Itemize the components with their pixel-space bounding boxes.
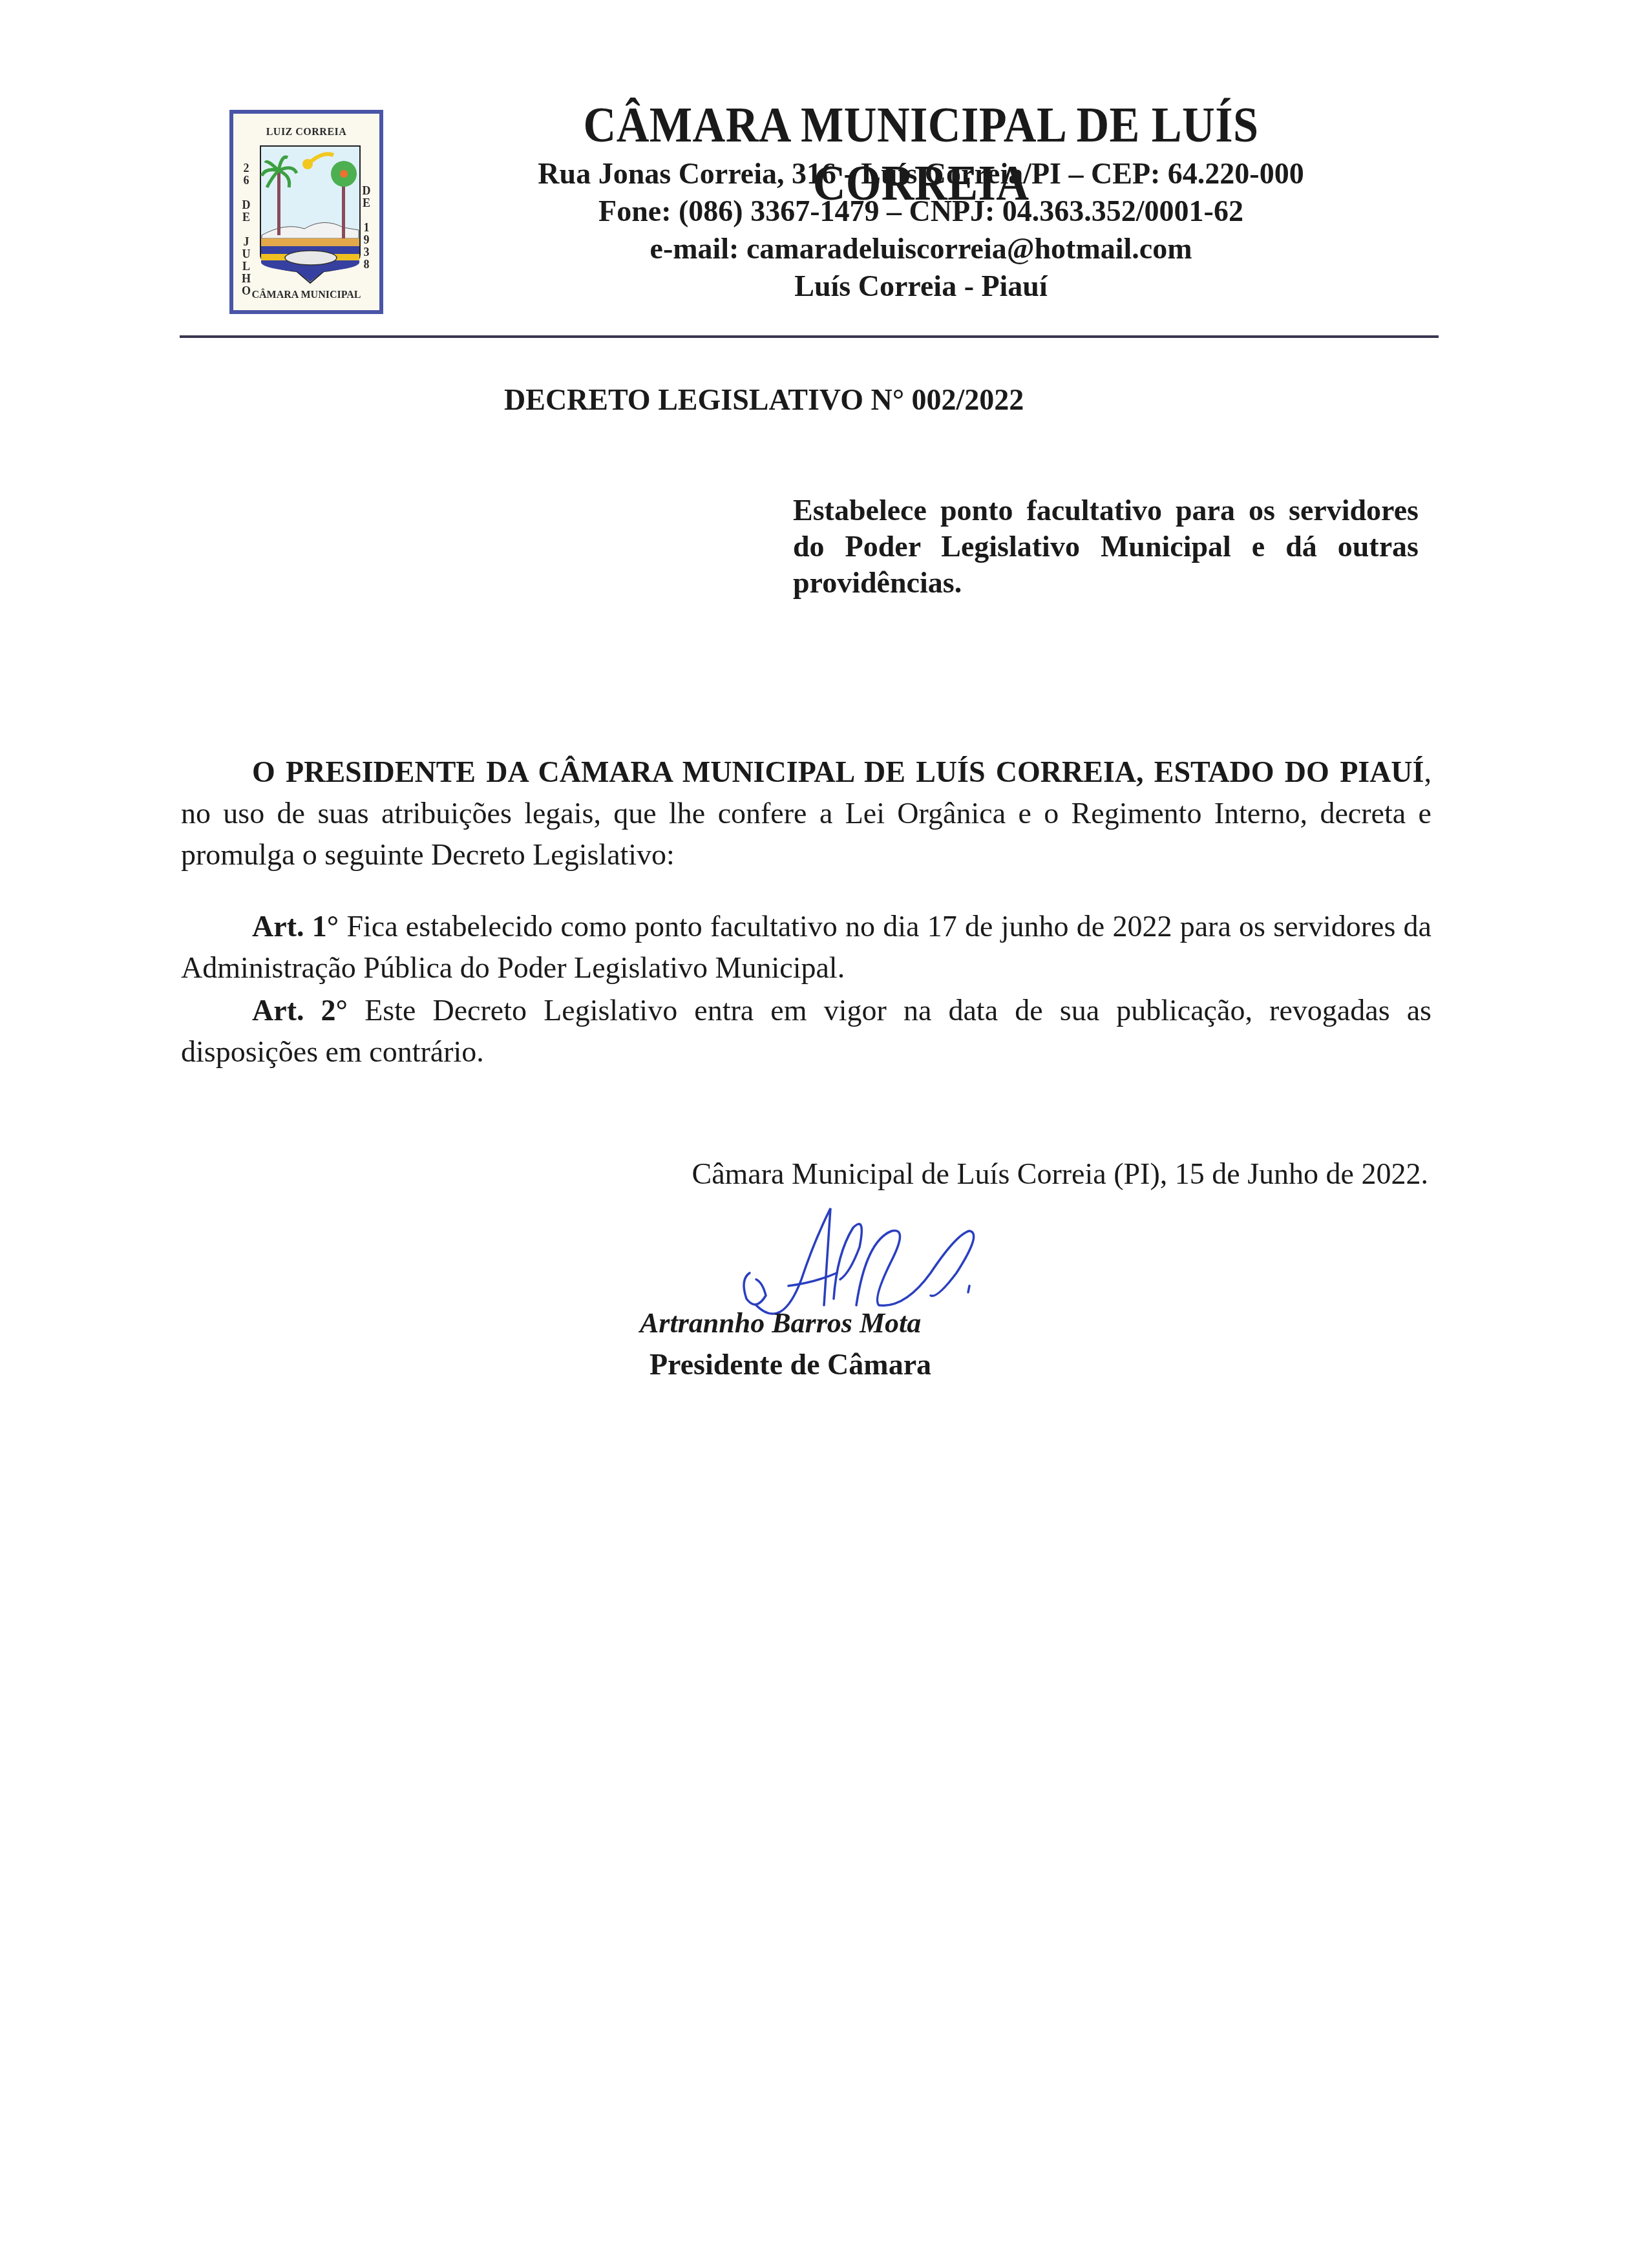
logo-top-label: LUIZ CORREIA (233, 127, 379, 138)
decree-summary: Estabelece ponto facultativo para os ser… (793, 492, 1419, 601)
logo-left-vertical-text: 26DEJULHO (240, 162, 253, 297)
article-2-text: Este Decreto Legislativo entra em vigor … (181, 994, 1431, 1068)
coat-of-arms-logo: LUIZ CORREIA 26DEJULHO DE1938 CÂMARA MUN… (229, 110, 383, 314)
date-line: Câmara Municipal de Luís Correia (PI), 1… (614, 1157, 1428, 1191)
signer-name: Artrannho Barros Mota (640, 1307, 921, 1339)
header-divider (180, 335, 1439, 338)
decree-title: DECRETO LEGISLATIVO N° 002/2022 (504, 383, 1150, 417)
letterhead-address: Rua Jonas Correia, 316 - Luís Correia/PI… (420, 156, 1422, 191)
preamble-paragraph: O PRESIDENTE DA CÂMARA MUNICIPAL DE LUÍS… (181, 751, 1431, 876)
logo-right-vertical-text: DE1938 (360, 185, 373, 271)
letterhead-city: Luís Correia - Piauí (420, 269, 1422, 303)
article-1-text: Fica estabelecido como ponto facultativo… (181, 910, 1431, 984)
preamble-bold: O PRESIDENTE DA CÂMARA MUNICIPAL DE LUÍS… (252, 755, 1424, 788)
letterhead-contact: Fone: (086) 3367-1479 – CNPJ: 04.363.352… (420, 194, 1422, 228)
article-2-label: Art. 2° (252, 994, 348, 1027)
article-2: Art. 2° Este Decreto Legislativo entra e… (181, 990, 1431, 1073)
shield-emblem-icon (259, 145, 361, 287)
logo-bottom-label: CÂMARA MUNICIPAL (233, 289, 379, 301)
letterhead-email: e-mail: camaradeluiscorreia@hotmail.com (420, 231, 1422, 266)
article-1-label: Art. 1° (252, 910, 339, 943)
article-1: Art. 1° Fica estabelecido como ponto fac… (181, 906, 1431, 989)
signer-role: Presidente de Câmara (650, 1347, 931, 1381)
